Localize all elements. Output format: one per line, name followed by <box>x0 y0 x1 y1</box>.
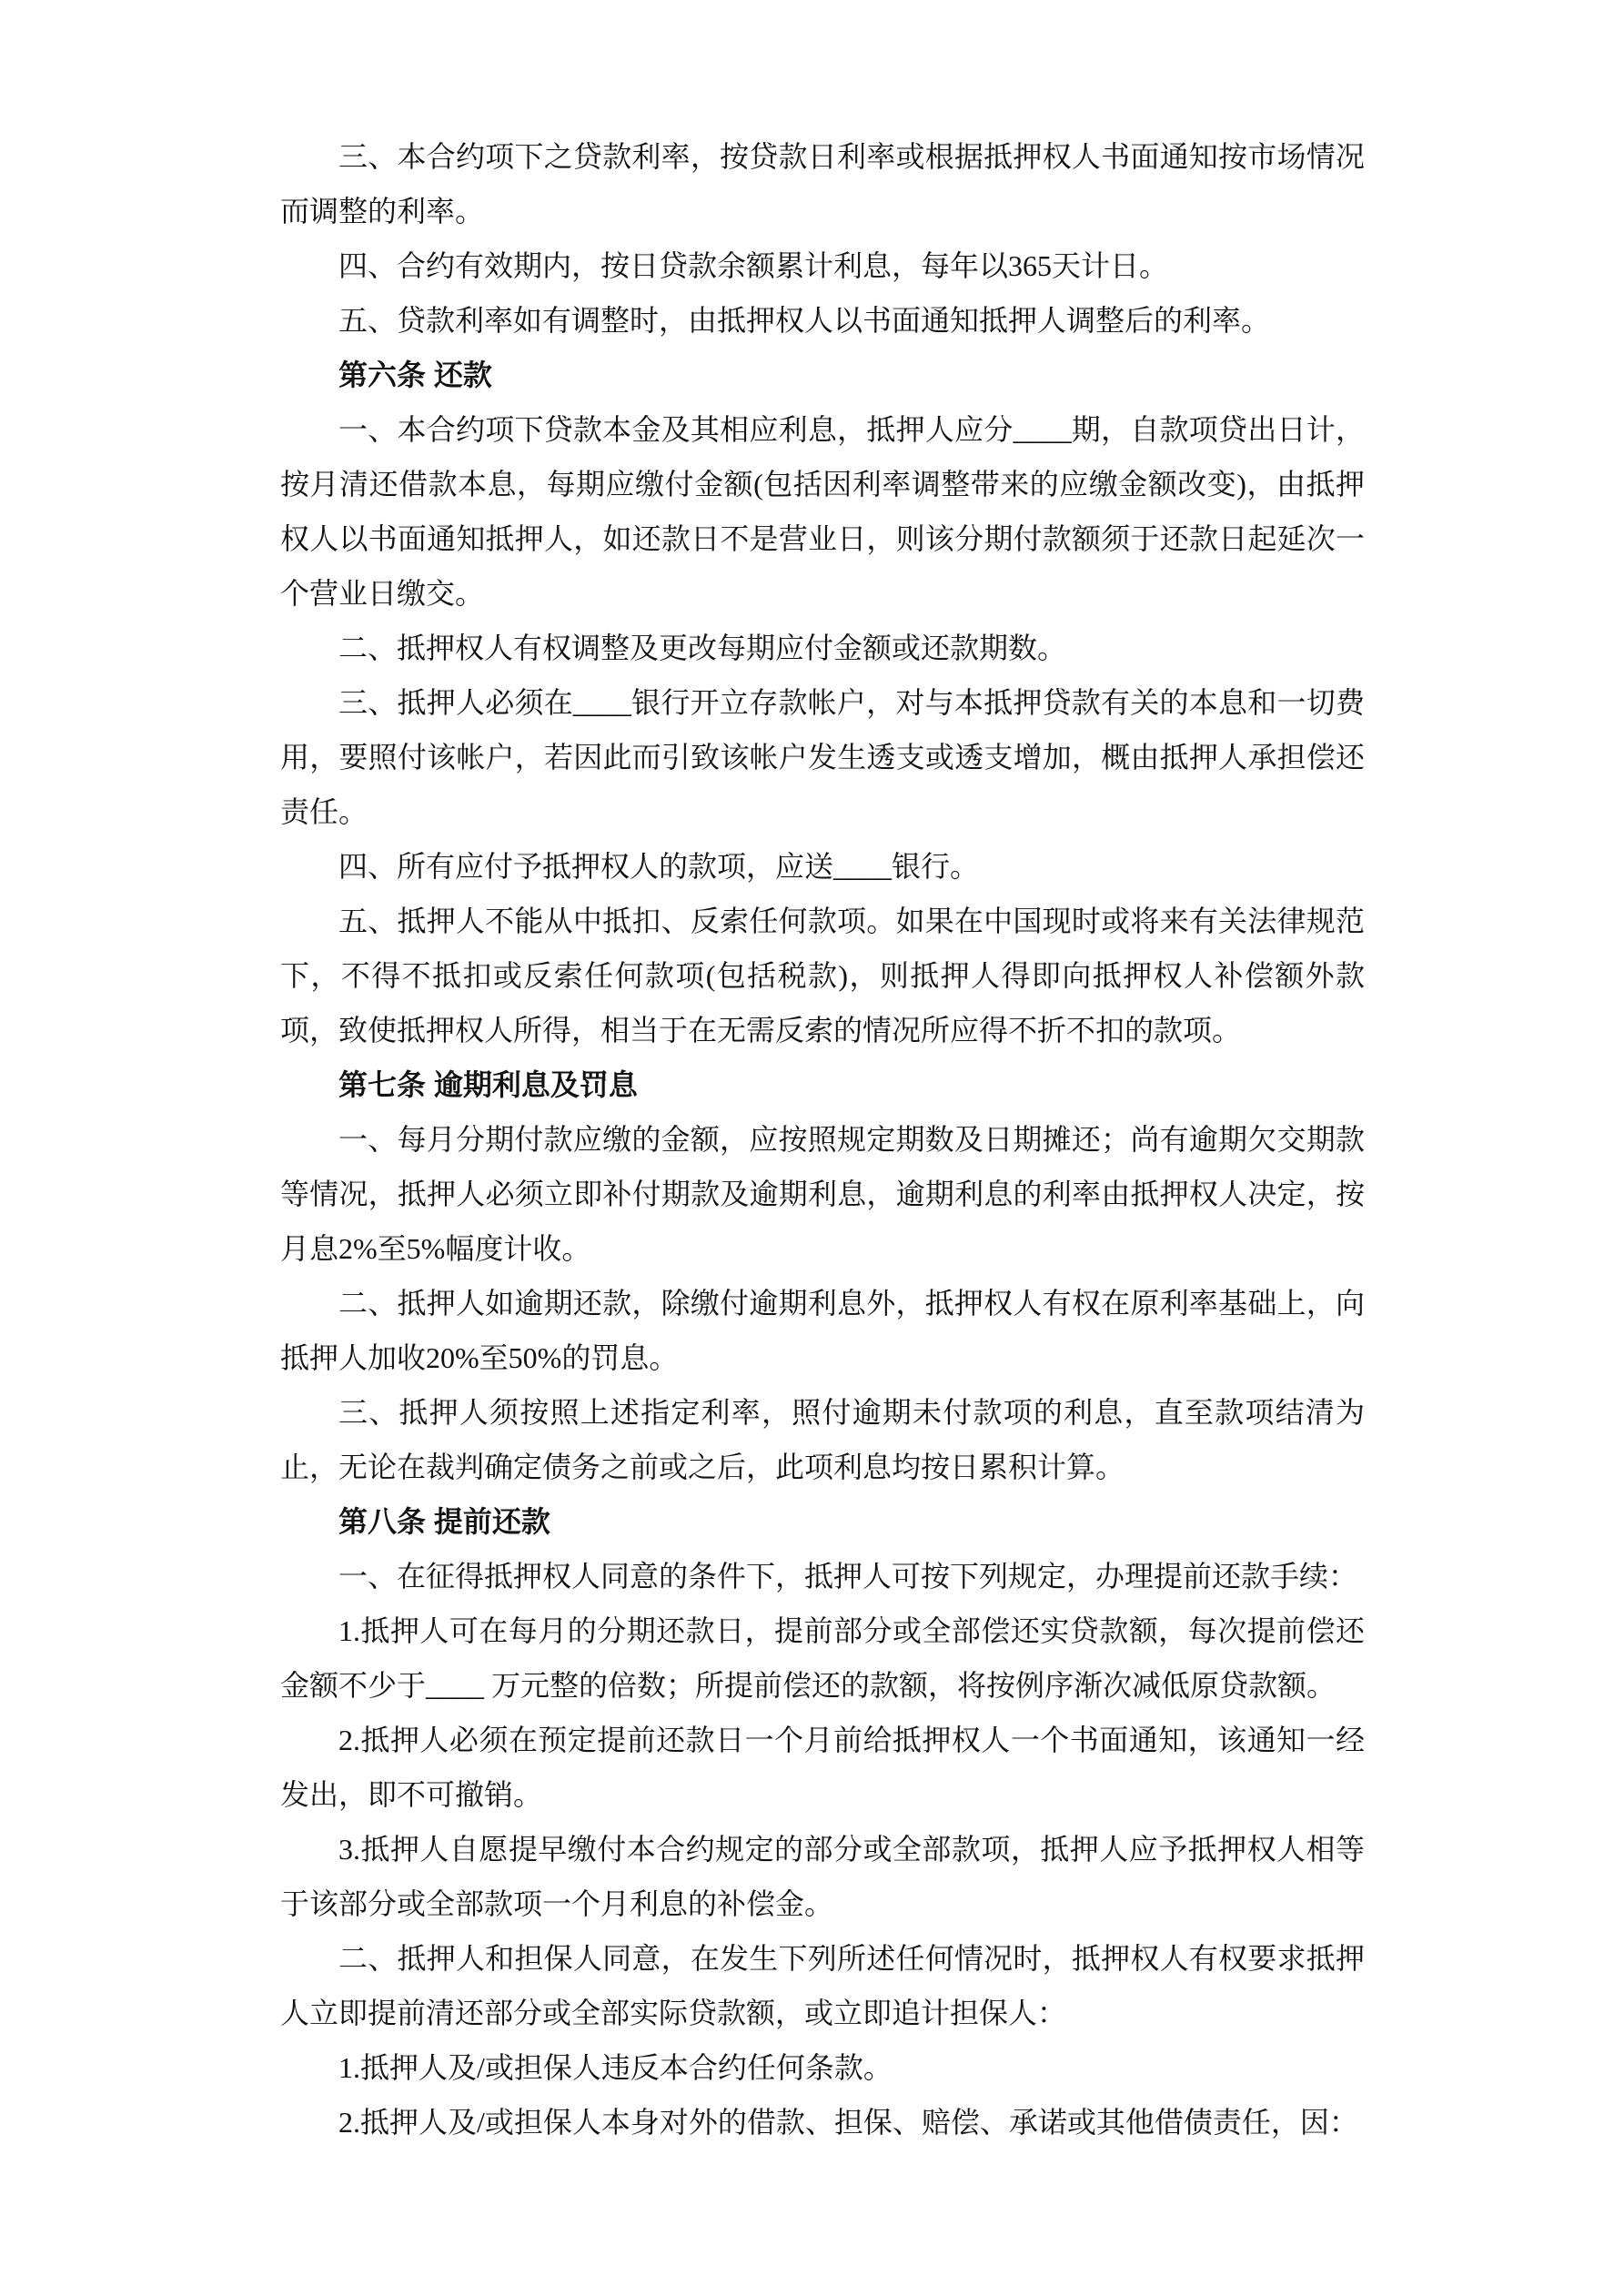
contract-paragraph: 四、合约有效期内，按日贷款余额累计利息，每年以365天计日。 <box>280 238 1365 293</box>
contract-paragraph: 五、抵押人不能从中抵扣、反索任何款项。如果在中国现时或将来有关法律规范下，不得不… <box>280 894 1365 1057</box>
contract-paragraph: 3.抵押人自愿提早缴付本合约规定的部分或全部款项，抵押人应予抵押权人相等于该部分… <box>280 1822 1365 1931</box>
contract-paragraph: 1.抵押人及/或担保人违反本合约任何条款。 <box>280 2040 1365 2095</box>
contract-paragraph: 四、所有应付予抵押权人的款项，应送____银行。 <box>280 839 1365 894</box>
contract-paragraph: 三、抵押人须按照上述指定利率，照付逾期未付款项的利息，直至款项结清为止，无论在裁… <box>280 1385 1365 1494</box>
contract-paragraph: 一、每月分期付款应缴的金额，应按照规定期数及日期摊还；尚有逾期欠交期款等情况，抵… <box>280 1112 1365 1276</box>
contract-paragraph: 2.抵押人及/或担保人本身对外的借款、担保、赔偿、承诺或其他借债责任，因： <box>280 2095 1365 2149</box>
contract-paragraph: 三、本合约项下之贷款利率，按贷款日利率或根据抵押权人书面通知按市场情况而调整的利… <box>280 129 1365 238</box>
contract-paragraph: 三、抵押人必须在____银行开立存款帐户，对与本抵押贷款有关的本息和一切费用，要… <box>280 675 1365 839</box>
section-heading: 第七条 逾期利息及罚息 <box>280 1057 1365 1112</box>
document-page: 三、本合约项下之贷款利率，按贷款日利率或根据抵押权人书面通知按市场情况而调整的利… <box>0 0 1624 2296</box>
contract-paragraph: 一、在征得抵押权人同意的条件下，抵押人可按下列规定，办理提前还款手续： <box>280 1549 1365 1603</box>
section-heading: 第八条 提前还款 <box>280 1494 1365 1549</box>
section-heading: 第六条 还款 <box>280 348 1365 402</box>
contract-paragraph: 二、抵押人和担保人同意，在发生下列所述任何情况时，抵押权人有权要求抵押人立即提前… <box>280 1931 1365 2040</box>
contract-body: 三、本合约项下之贷款利率，按贷款日利率或根据抵押权人书面通知按市场情况而调整的利… <box>280 129 1365 2149</box>
contract-paragraph: 五、贷款利率如有调整时，由抵押权人以书面通知抵押人调整后的利率。 <box>280 293 1365 348</box>
contract-paragraph: 一、本合约项下贷款本金及其相应利息，抵押人应分____期，自款项贷出日计，按月清… <box>280 402 1365 621</box>
contract-paragraph: 二、抵押权人有权调整及更改每期应付金额或还款期数。 <box>280 621 1365 675</box>
contract-paragraph: 二、抵押人如逾期还款，除缴付逾期利息外，抵押权人有权在原利率基础上，向抵押人加收… <box>280 1276 1365 1385</box>
contract-paragraph: 2.抵押人必须在预定提前还款日一个月前给抵押权人一个书面通知，该通知一经发出，即… <box>280 1713 1365 1822</box>
contract-paragraph: 1.抵押人可在每月的分期还款日，提前部分或全部偿还实贷款额，每次提前偿还金额不少… <box>280 1603 1365 1713</box>
